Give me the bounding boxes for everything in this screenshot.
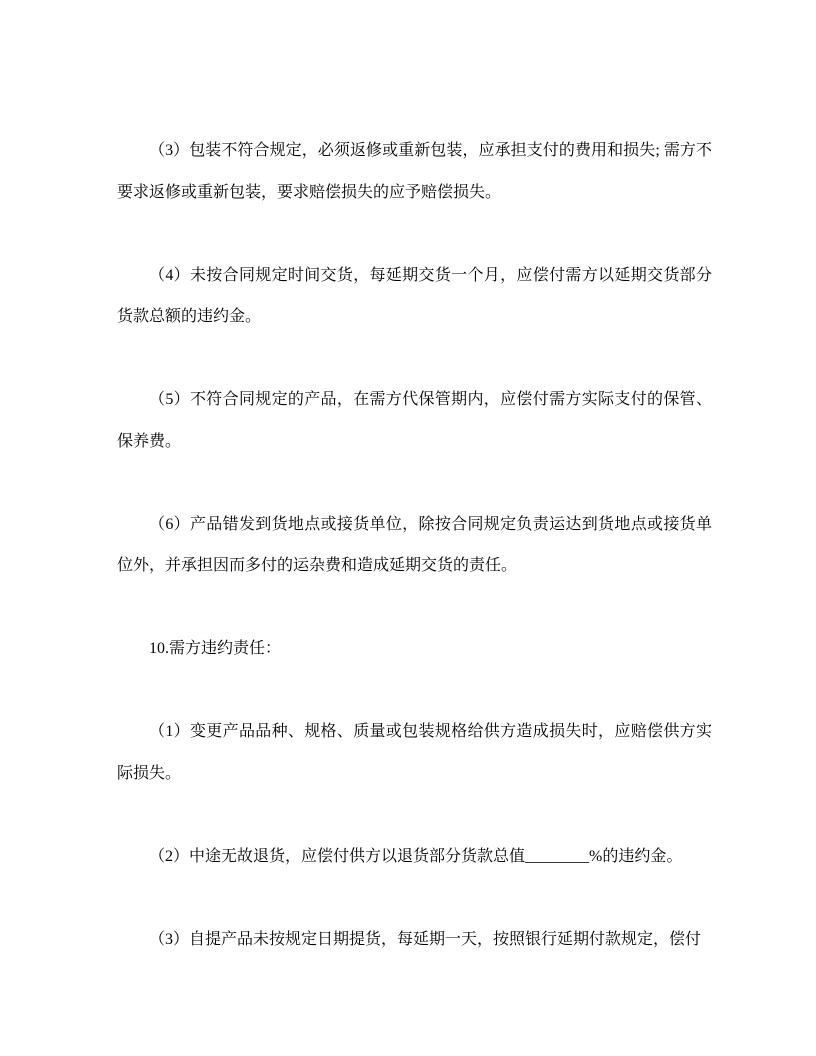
clause-supplier-3-packaging: （3）包装不符合规定，必须返修或重新包装，应承担支付的费用和损失; 需方不要求返…: [117, 130, 712, 213]
section-heading-buyer-liability: 10.需方违约责任：: [117, 628, 712, 670]
clause-buyer-1-spec-change: （1）变更产品品种、规格、质量或包装规格给供方造成损失时，应赔偿供方实际损失。: [117, 711, 712, 794]
clause-buyer-2-return-penalty-blank: （2）中途无故退货，应偿付供方以退货部分货款总值________%的违约金。: [117, 836, 712, 878]
clause-supplier-4-late-delivery: （4）未按合同规定时间交货，每延期交货一个月，应偿付需方以延期交货部分货款总额的…: [117, 255, 712, 338]
clause-supplier-6-wrong-destination: （6）产品错发到货地点或接货单位，除按合同规定负责运达到货地点或接货单位外，并承…: [117, 504, 712, 587]
clause-buyer-3-late-pickup: （3）自提产品未按规定日期提货，每延期一天，按照银行延期付款规定，偿付: [117, 919, 712, 961]
clause-supplier-5-storage-fee: （5）不符合同规定的产品，在需方代保管期内，应偿付需方实际支付的保管、保养费。: [117, 379, 712, 462]
document-page: （3）包装不符合规定，必须返修或重新包装，应承担支付的费用和损失; 需方不要求返…: [0, 0, 816, 1056]
